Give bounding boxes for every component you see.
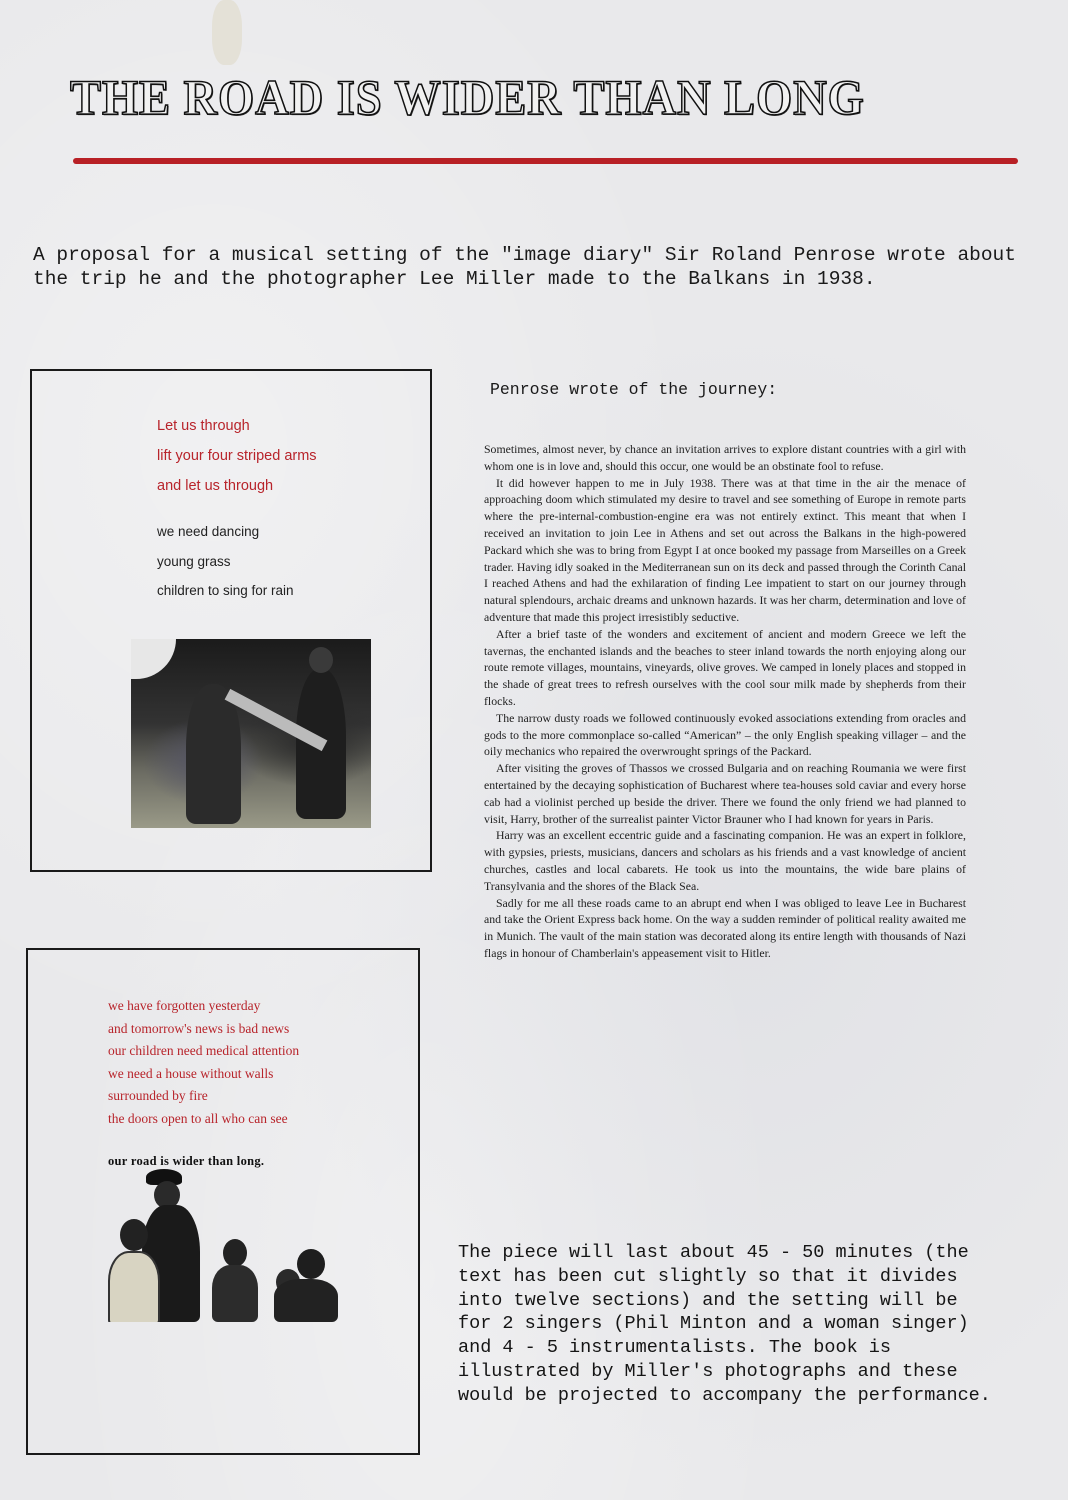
paper-stain (212, 0, 242, 65)
poem-line: we need a house without walls (108, 1063, 299, 1086)
closing-line: for 2 singers (Phil Minton and a woman s… (458, 1312, 1058, 1336)
penrose-quote: Sometimes, almost never, by chance an in… (484, 441, 966, 962)
quote-paragraph: After visiting the groves of Thassos we … (484, 760, 966, 827)
poem-line: our children need medical attention (108, 1040, 299, 1063)
quote-paragraph: After a brief taste of the wonders and e… (484, 626, 966, 710)
poem-line: surrounded by fire (108, 1085, 299, 1108)
quote-heading: Penrose wrote of the journey: (490, 380, 777, 399)
quote-paragraph: Harry was an excellent eccentric guide a… (484, 827, 966, 894)
poem-panel-1: Let us through lift your four striped ar… (30, 369, 432, 872)
closing-line: illustrated by Miller's photographs and … (458, 1360, 1058, 1384)
poem-2: we have forgotten yesterday and tomorrow… (108, 995, 299, 1173)
closing-paragraph: The piece will last about 45 - 50 minute… (458, 1241, 1058, 1408)
poem-line: and let us through (157, 471, 317, 501)
quote-paragraph: Sometimes, almost never, by chance an in… (484, 441, 966, 475)
closing-line: The piece will last about 45 - 50 minute… (458, 1241, 1058, 1265)
quote-paragraph: Sadly for me all these roads came to an … (484, 895, 966, 962)
children-group-photo (94, 1167, 344, 1322)
closing-line: and 4 - 5 instrumentalists. The book is (458, 1336, 1058, 1360)
title-rule-divider (73, 158, 1018, 164)
closing-line: into twelve sections) and the setting wi… (458, 1289, 1058, 1313)
poem-line: children to sing for rain (157, 576, 317, 606)
closing-line: would be projected to accompany the perf… (458, 1384, 1058, 1408)
intro-line: the trip he and the photographer Lee Mil… (33, 267, 1043, 291)
poem-line: the doors open to all who can see (108, 1108, 299, 1131)
poem-line: young grass (157, 547, 317, 577)
poem-line: Let us through (157, 411, 317, 441)
poem-1: Let us through lift your four striped ar… (157, 411, 317, 606)
dancing-children-photo (131, 639, 371, 828)
quote-paragraph: The narrow dusty roads we followed conti… (484, 710, 966, 760)
poem-line: we need dancing (157, 517, 317, 547)
closing-line: text has been cut slightly so that it di… (458, 1265, 1058, 1289)
poem-line: we have forgotten yesterday (108, 995, 299, 1018)
poem-panel-2: we have forgotten yesterday and tomorrow… (26, 948, 420, 1455)
page-title: THE ROAD IS WIDER THAN LONG (70, 68, 954, 126)
intro-paragraph: A proposal for a musical setting of the … (33, 243, 1043, 291)
poem-line: and tomorrow's news is bad news (108, 1018, 299, 1041)
intro-line: A proposal for a musical setting of the … (33, 243, 1043, 267)
quote-paragraph: It did however happen to me in July 1938… (484, 475, 966, 626)
poem-line: lift your four striped arms (157, 441, 317, 471)
